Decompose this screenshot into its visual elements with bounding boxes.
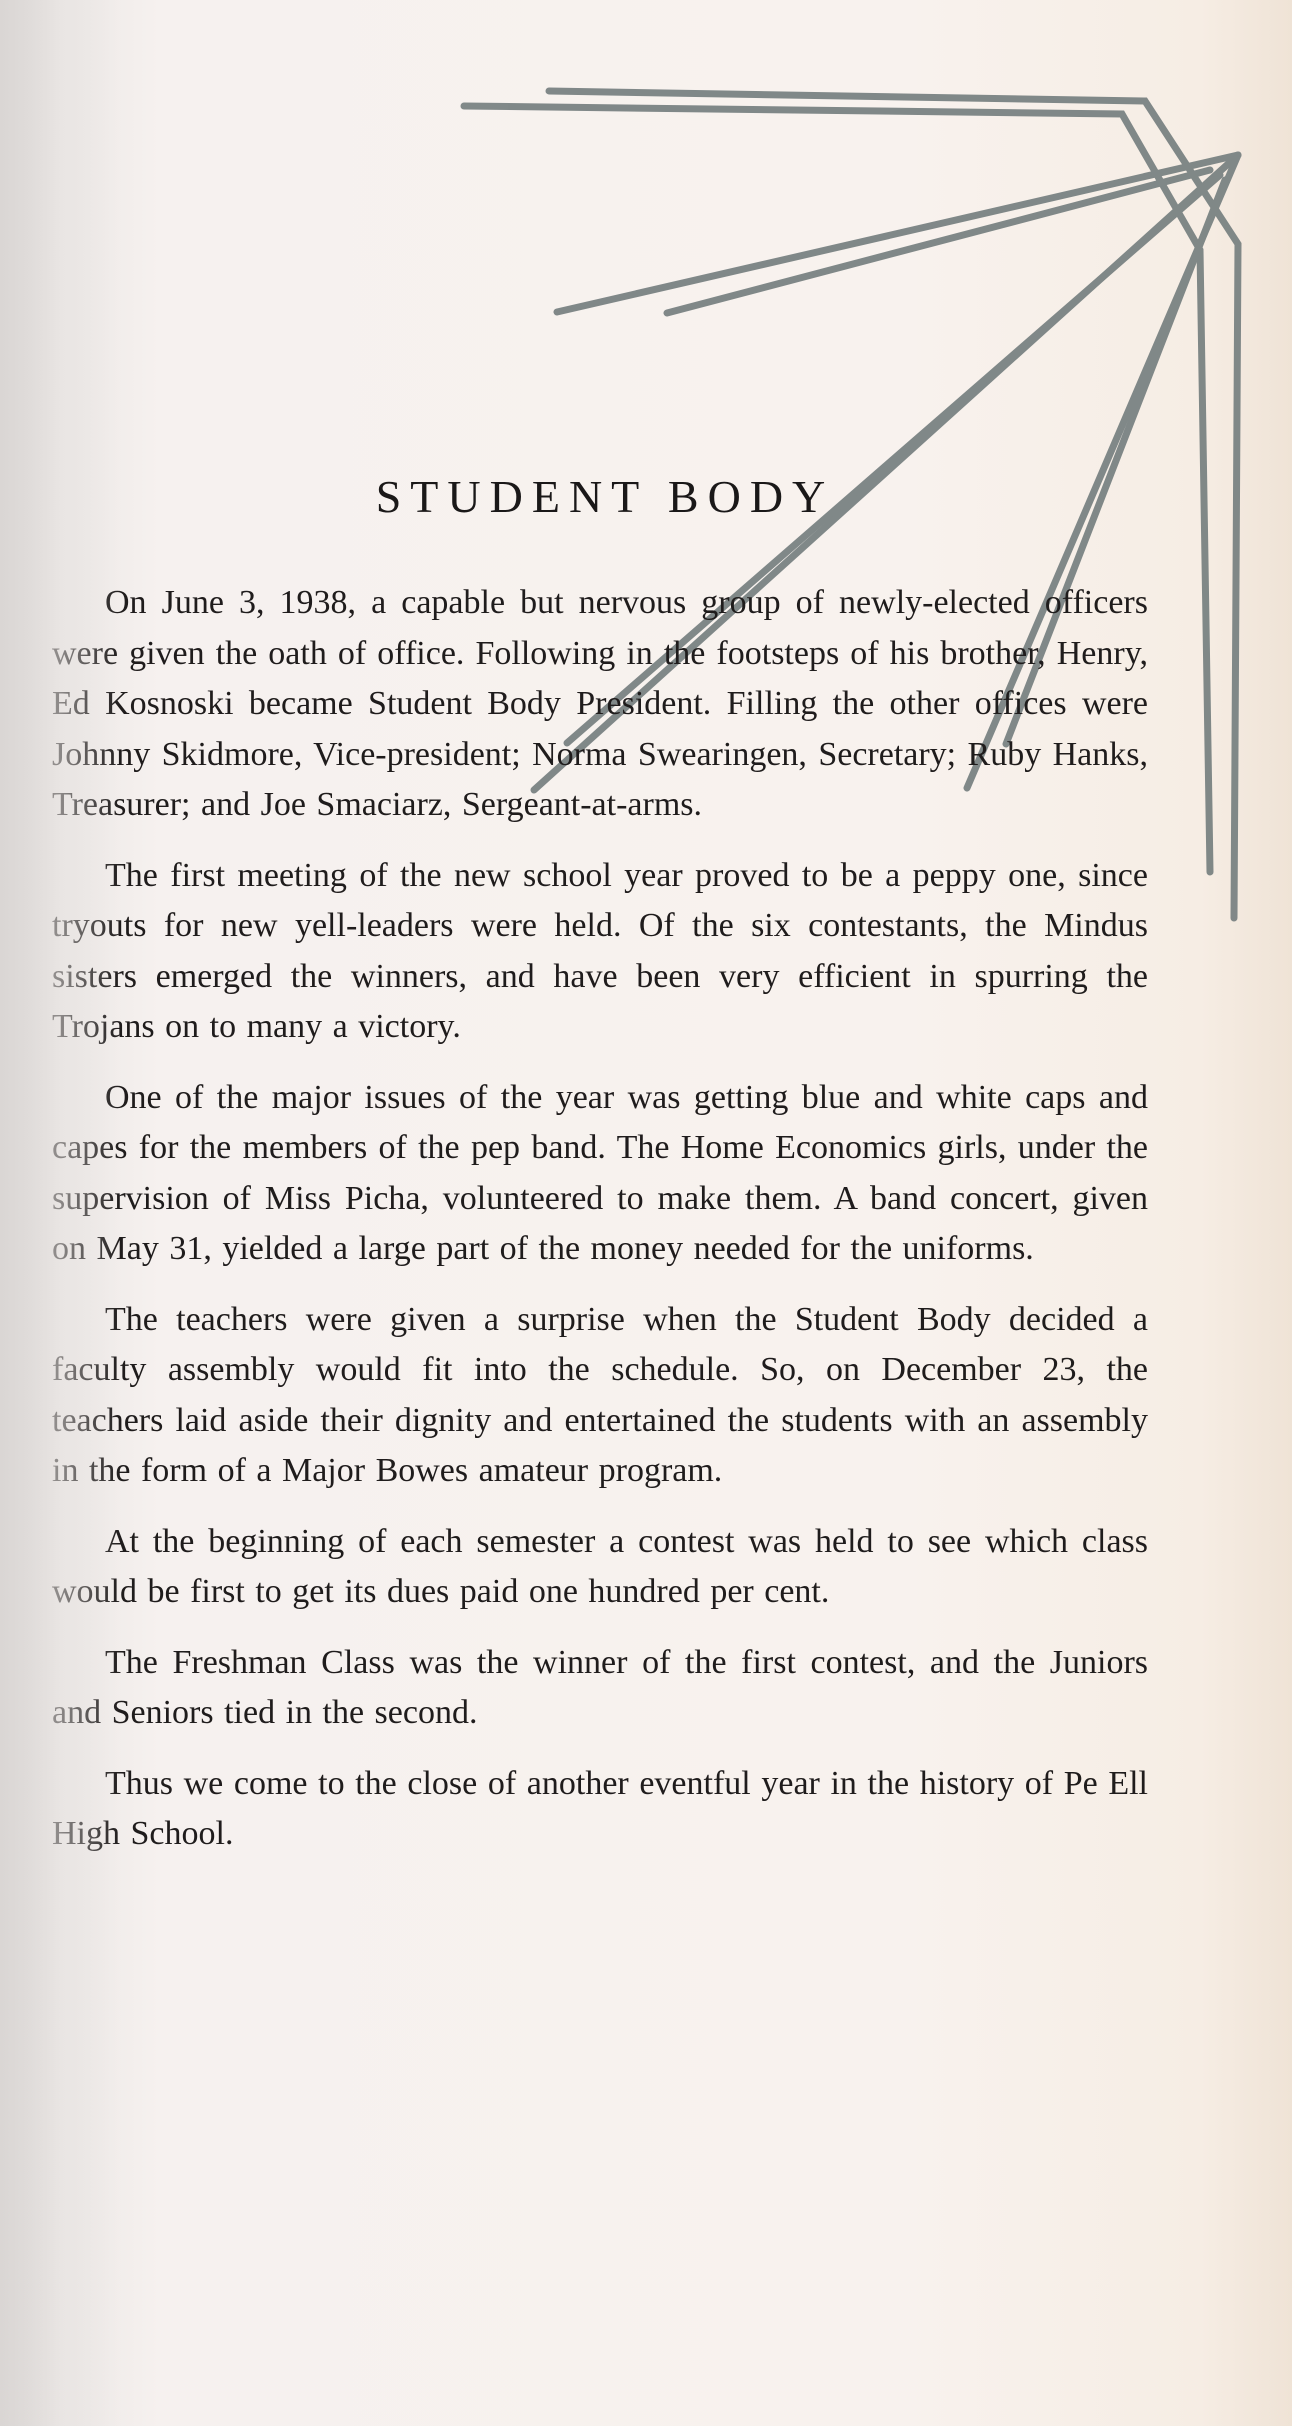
article-body: On June 3, 1938, a capable but nervous g… (52, 578, 1148, 1880)
paragraph-pep-band: One of the major issues of the year was … (52, 1073, 1148, 1275)
page-title: STUDENT BODY (0, 470, 1210, 523)
paragraph-dues-contest: At the beginning of each semester a cont… (52, 1517, 1148, 1618)
paragraph-faculty-assembly: The teachers were given a surprise when … (52, 1295, 1148, 1497)
paragraph-contest-winners: The Freshman Class was the winner of the… (52, 1638, 1148, 1739)
paragraph-yell-leaders: The first meeting of the new school year… (52, 851, 1148, 1053)
yearbook-page: STUDENT BODY On June 3, 1938, a capable … (0, 0, 1292, 2426)
paragraph-closing: Thus we come to the close of another eve… (52, 1759, 1148, 1860)
paragraph-officers: On June 3, 1938, a capable but nervous g… (52, 578, 1148, 831)
